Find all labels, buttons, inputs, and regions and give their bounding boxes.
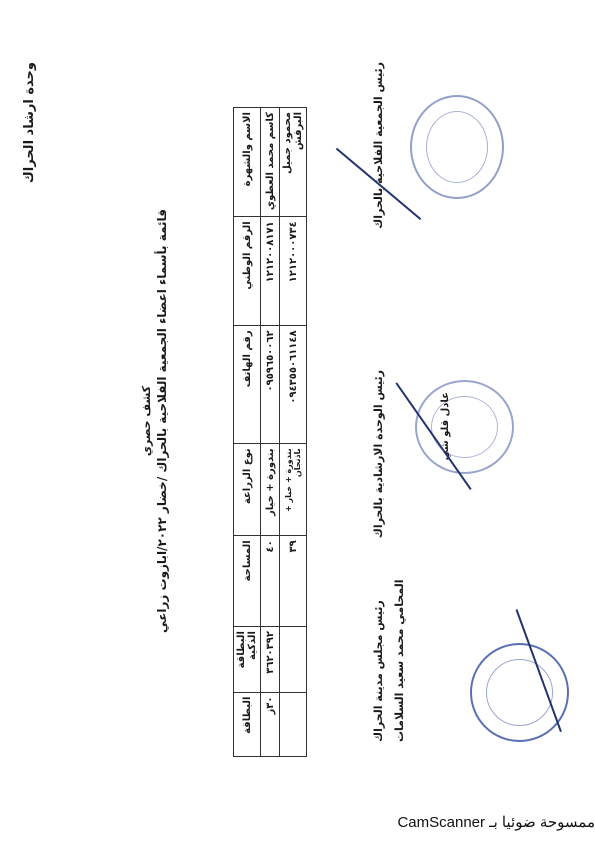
unit-title: وحدة ارشاد الحراك — [22, 62, 37, 183]
cell-crop-type: بندورة + خيار — [261, 444, 280, 536]
cell-smart-card: ٣٦٢٠٣٩٢ — [261, 627, 280, 693]
table-row: محمود جميل البرقش ١٢١٢٠٠٠٧٣٤ ٠٩٤٣٥٥٠٦١١٤… — [280, 108, 307, 757]
table-row: كاسم محمد العطوي ١٢١٢٠٠٨١٧١ ٠٩٥٩٦٥٠٠٦٢ ب… — [261, 108, 280, 757]
signature-title-association: رئيس الجمعية الفلاحية بالحراك — [372, 62, 385, 229]
document-title: قائمة بأسماء اعضاء الجمعية الفلاحية بالح… — [155, 0, 169, 842]
cell-name: محمود جميل البرقش — [280, 108, 307, 217]
cell-area: ٤٠ — [261, 536, 280, 627]
status-label: كشف حصري — [140, 0, 153, 842]
header-name: الاسم والشهرة — [234, 108, 261, 217]
city-council-stamp-icon — [470, 643, 569, 742]
cell-area: ٣٩ — [280, 536, 307, 627]
header-crop-type: نوع الزراعة — [234, 444, 261, 536]
header-area: المساحة — [234, 536, 261, 627]
header-national-id: الرقم الوطني — [234, 217, 261, 326]
rotated-document-page: وحدة ارشاد الحراك كشف حصري قائمة بأسماء … — [0, 0, 595, 842]
signature-name-city-council: المحامي محمد سعيد السلامات — [393, 579, 406, 742]
extension-unit-stamp-icon — [415, 380, 514, 474]
signature-title-city-council: رئيس مجلس مدينة الحراك — [372, 600, 385, 742]
header-card: البطاقة — [234, 692, 261, 756]
cell-national-id: ١٢١٢٠٠٠٧٣٤ — [280, 217, 307, 326]
cell-national-id: ١٢١٢٠٠٨١٧١ — [261, 217, 280, 326]
cell-card: ٣٠ز — [261, 692, 280, 756]
table-header-row: الاسم والشهرة الرقم الوطني رقم الهاتف نو… — [234, 108, 261, 757]
signature-title-extension-unit: رئيس الوحدة الارشادية بالحراك — [372, 370, 385, 538]
cell-card — [280, 692, 307, 756]
header-smart-card: البطاقة الذكية — [234, 627, 261, 693]
watermark-text: ممسوحة ضوئيا بـ CamScanner — [397, 813, 595, 831]
cell-phone: ٠٩٤٣٥٥٠٦١١٤٨ — [280, 326, 307, 444]
members-table: الاسم والشهرة الرقم الوطني رقم الهاتف نو… — [233, 107, 307, 757]
cell-smart-card — [280, 627, 307, 693]
camscanner-watermark: ممسوحة ضوئيا بـ CamScanner — [0, 800, 595, 842]
cell-name: كاسم محمد العطوي — [261, 108, 280, 217]
association-stamp-icon — [410, 95, 504, 199]
cell-crop-type: بندورة + خيار + باذنجان — [280, 444, 307, 536]
header-phone: رقم الهاتف — [234, 326, 261, 444]
cell-phone: ٠٩٥٩٦٥٠٠٦٢ — [261, 326, 280, 444]
